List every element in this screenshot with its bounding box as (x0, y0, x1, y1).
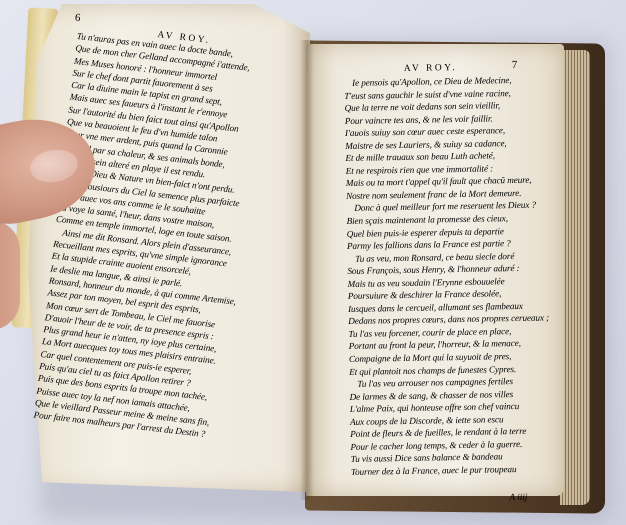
photo-scene: 6 AV ROY. Tu n'auras pas en vain auec la… (0, 0, 626, 525)
right-page-text: AV ROY. 7 Ie pensois qu'Apollon, ce Dieu… (344, 74, 551, 479)
page-edges-right (560, 50, 590, 505)
signature-mark: A iiij (509, 492, 527, 505)
book-gutter (300, 40, 314, 500)
right-running-head: AV ROY. (404, 62, 458, 75)
left-page-text: 6 AV ROY. Tu n'auras pas en vain auec la… (33, 26, 292, 445)
right-page-number: 7 (512, 59, 518, 72)
